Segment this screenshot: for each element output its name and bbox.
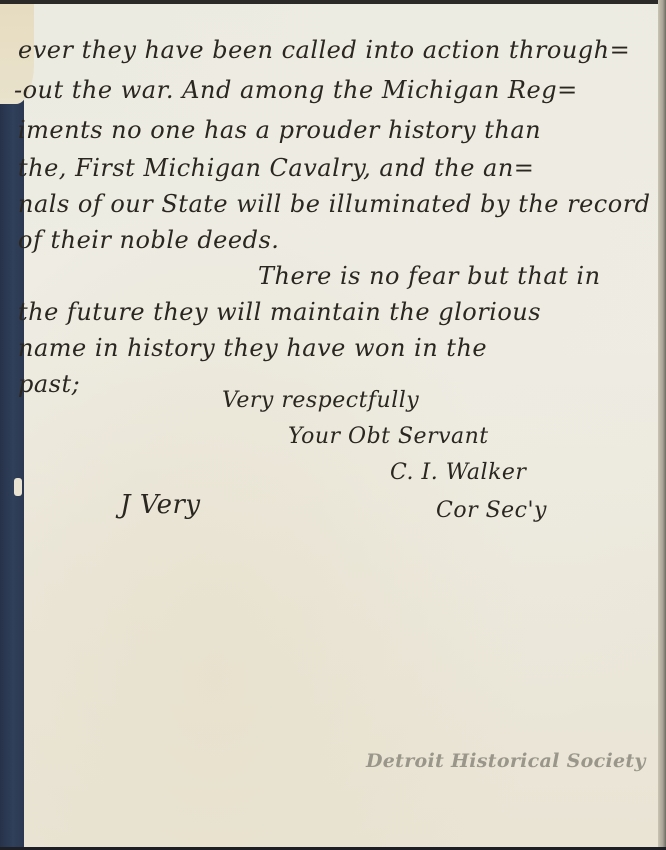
letter-line-8: the future they will maintain the glorio… xyxy=(18,298,541,326)
letter-line-10: past; xyxy=(18,370,80,398)
paper-tab-mark xyxy=(14,478,22,496)
letter-line-1: ever they have been called into action t… xyxy=(18,36,630,64)
signature: C. I. Walker xyxy=(390,460,526,485)
subscription: Your Obt Servant xyxy=(288,424,489,449)
marginal-note: J Very xyxy=(120,490,201,520)
letter-line-3: iments no one has a prouder history than xyxy=(18,116,541,144)
letter-line-6: of their noble deeds. xyxy=(18,226,279,254)
top-edge xyxy=(0,0,666,4)
document-scan: ever they have been called into action t… xyxy=(0,0,666,850)
valediction: Very respectfully xyxy=(222,388,419,413)
letter-line-9: name in history they have won in the xyxy=(18,334,487,362)
letter-line-4: the, First Michigan Cavalry, and the an= xyxy=(18,154,534,182)
letter-line-5: nals of our State will be illuminated by… xyxy=(18,190,651,218)
letter-line-7: There is no fear but that in xyxy=(258,262,601,290)
right-edge-shadow xyxy=(658,0,666,850)
letter-line-2: -out the war. And among the Michigan Reg… xyxy=(14,76,578,104)
watermark: Detroit Historical Society xyxy=(366,750,646,772)
signatory-title: Cor Sec'y xyxy=(436,498,547,523)
